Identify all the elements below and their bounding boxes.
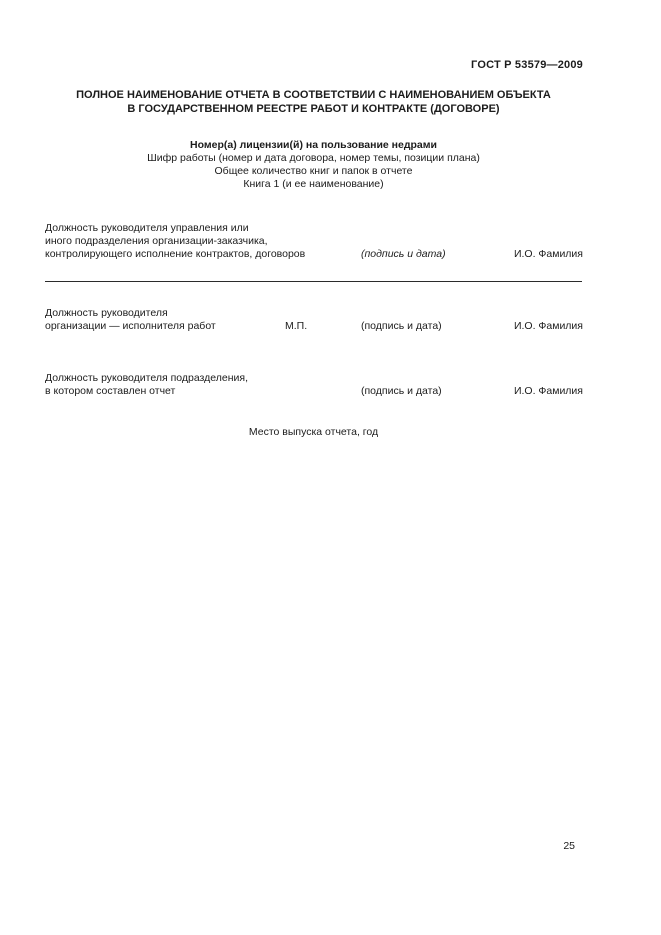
contractor-role-line2: организации — исполнителя работ [45,320,583,333]
contractor-signature-label: (подпись и дата) [361,320,442,333]
page-number: 25 [563,840,575,853]
separator-line [45,281,582,282]
report-title: ПОЛНОЕ НАИМЕНОВАНИЕ ОТЧЕТА В СООТВЕТСТВИ… [45,88,582,116]
customer-role-line2: иного подразделения организации-заказчик… [45,235,583,248]
customer-name-label: И.О. Фамилия [514,248,583,261]
work-cipher-line: Шифр работы (номер и дата договора, номе… [45,152,582,165]
license-number-line: Номер(а) лицензии(й) на пользование недр… [45,139,582,152]
contractor-role-text: Должность руководителя организации — исп… [45,307,583,333]
document-page: ГОСТ Р 53579—2009 ПОЛНОЕ НАИМЕНОВАНИЕ ОТ… [0,0,661,935]
signature-block-customer: Должность руководителя управления или ин… [45,222,583,261]
department-role-line2: в котором составлен отчет [45,385,583,398]
department-role-line1: Должность руководителя подразделения, [45,372,583,385]
report-title-line2: В ГОСУДАРСТВЕННОМ РЕЕСТРЕ РАБОТ И КОНТРА… [45,102,582,116]
contractor-name-label: И.О. Фамилия [514,320,583,333]
department-role-text: Должность руководителя подразделения, в … [45,372,583,398]
department-signature-label: (подпись и дата) [361,385,442,398]
customer-role-line3: контролирующего исполнение контрактов, д… [45,248,583,261]
stamp-place-label: М.П. [285,320,307,333]
contractor-role-line1: Должность руководителя [45,307,583,320]
customer-role-text: Должность руководителя управления или ин… [45,222,583,261]
signature-block-department: Должность руководителя подразделения, в … [45,372,583,398]
signature-block-contractor: Должность руководителя организации — исп… [45,307,583,333]
issue-place-line: Место выпуска отчета, год [45,426,582,439]
standard-number-header: ГОСТ Р 53579—2009 [471,59,583,72]
report-meta: Номер(а) лицензии(й) на пользование недр… [45,139,582,191]
customer-role-line1: Должность руководителя управления или [45,222,583,235]
department-name-label: И.О. Фамилия [514,385,583,398]
customer-signature-label: (подпись и дата) [361,248,446,261]
books-count-line: Общее количество книг и папок в отчете [45,165,582,178]
report-title-line1: ПОЛНОЕ НАИМЕНОВАНИЕ ОТЧЕТА В СООТВЕТСТВИ… [45,88,582,102]
book-one-line: Книга 1 (и ее наименование) [45,178,582,191]
